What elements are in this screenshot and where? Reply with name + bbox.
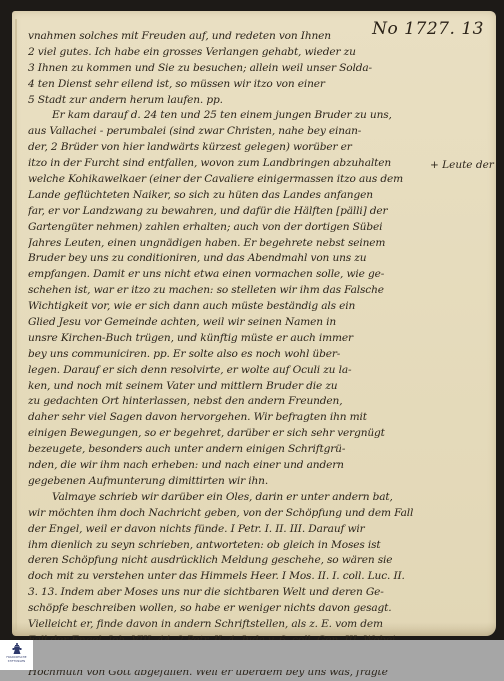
text-line: Lande geflüchteten Naiker, so sich zu hü… (28, 188, 423, 204)
scan-background: No 1727.13 vnahmen solches mit Freuden a… (0, 0, 504, 640)
footer-bar: FRANCKESCHE STIFTUNGEN (0, 640, 504, 670)
text-line: vnahmen solches mit Freuden auf, und red… (28, 29, 423, 45)
text-line: 4 ten Dienst sehr eilend ist, so müssen … (28, 77, 423, 93)
institution-logo[interactable]: FRANCKESCHE STIFTUNGEN (0, 640, 33, 670)
text-line: zu gedachten Ort hinterlassen, nebst den… (28, 394, 423, 410)
text-line: nden, die wir ihm nach erheben: und nach… (28, 458, 423, 474)
text-line: wir möchten ihm doch Nachricht geben, vo… (28, 506, 423, 522)
text-line: Gartengüter nehmen) zahlen erhalten; auc… (28, 220, 423, 236)
text-line: Jahres Leuten, einen ungnädigen haben. E… (28, 236, 423, 252)
text-line: daher sehr viel Sagen davon hervorgehen.… (28, 410, 423, 426)
text-line: legen. Darauf er sich denn resolvirte, e… (28, 363, 423, 379)
text-line: 3. 13. Indem aber Moses uns nur die sich… (28, 585, 423, 601)
text-line: aus Vallachei - perumbalei (sind zwar Ch… (28, 124, 423, 140)
text-line: ken, und noch mit seinem Vater und mittl… (28, 379, 423, 395)
text-line: Bruder bey uns zu conditioniren, und das… (28, 251, 423, 267)
logo-text-line1: FRANCKESCHE (0, 656, 33, 659)
text-line: Glied Jesu vor Gemeinde achten, weil wir… (28, 315, 423, 331)
text-line: Wichtigkeit vor, wie er sich dann auch m… (28, 299, 423, 315)
text-line: itzo in der Furcht sind entfallen, wovon… (28, 156, 423, 172)
text-line: 3 Ihnen zu kommen und Sie zu besuchen; a… (28, 61, 423, 77)
text-line: schehen ist, war er itzo zu machen: so s… (28, 283, 423, 299)
page-number: 13 (461, 19, 484, 39)
text-line: Er kam darauf d. 24 ten und 25 ten einem… (28, 108, 423, 124)
text-line: schöpfe beschreiben wollen, so habe er w… (28, 601, 423, 617)
manuscript-text: vnahmen solches mit Freuden auf, und red… (28, 29, 423, 670)
text-line: bezeugete, besonders auch unter andern e… (28, 442, 423, 458)
text-line: welche Kohikawelkaer (einer der Cavalier… (28, 172, 423, 188)
text-line: Vielleicht er, finde davon in andern Sch… (28, 617, 423, 633)
franckesche-stiftungen-emblem-icon (12, 643, 22, 655)
text-line: 2 viel gutes. Ich habe ein grosses Verla… (28, 45, 423, 61)
text-line: der, 2 Brüder von hier landwärts kürzest… (28, 140, 423, 156)
text-line: Valmaye schrieb wir darüber ein Oles, da… (28, 490, 423, 506)
text-line: bey uns communiciren. pp. Er solte also … (28, 347, 423, 363)
manuscript-page: No 1727.13 vnahmen solches mit Freuden a… (12, 11, 496, 636)
text-line: 5 Stadt zur andern herum laufen. pp. (28, 93, 423, 109)
text-line: der Engel, weil er davon nichts fünde. I… (28, 522, 423, 538)
text-line: ihm dienlich zu seyn schrieben, antworte… (28, 538, 423, 554)
text-line: einigen Bewegungen, so er begehret, darü… (28, 426, 423, 442)
logo-text-line2: STIFTUNGEN (0, 660, 33, 663)
text-line: doch mit zu verstehen unter das Himmels … (28, 569, 423, 585)
text-line: deren Schöpfung nicht ausdrücklich Meldu… (28, 553, 423, 569)
margin-annotation: + Leute der (430, 159, 494, 171)
text-line: gegebenen Aufmunterung dimittirten wir i… (28, 474, 423, 490)
text-line: empfangen. Damit er uns nicht etwa einen… (28, 267, 423, 283)
text-line: far, er vor Landzwang zu bewahren, und d… (28, 204, 423, 220)
text-line: unsre Kirchen-Buch trügen, und künftig m… (28, 331, 423, 347)
